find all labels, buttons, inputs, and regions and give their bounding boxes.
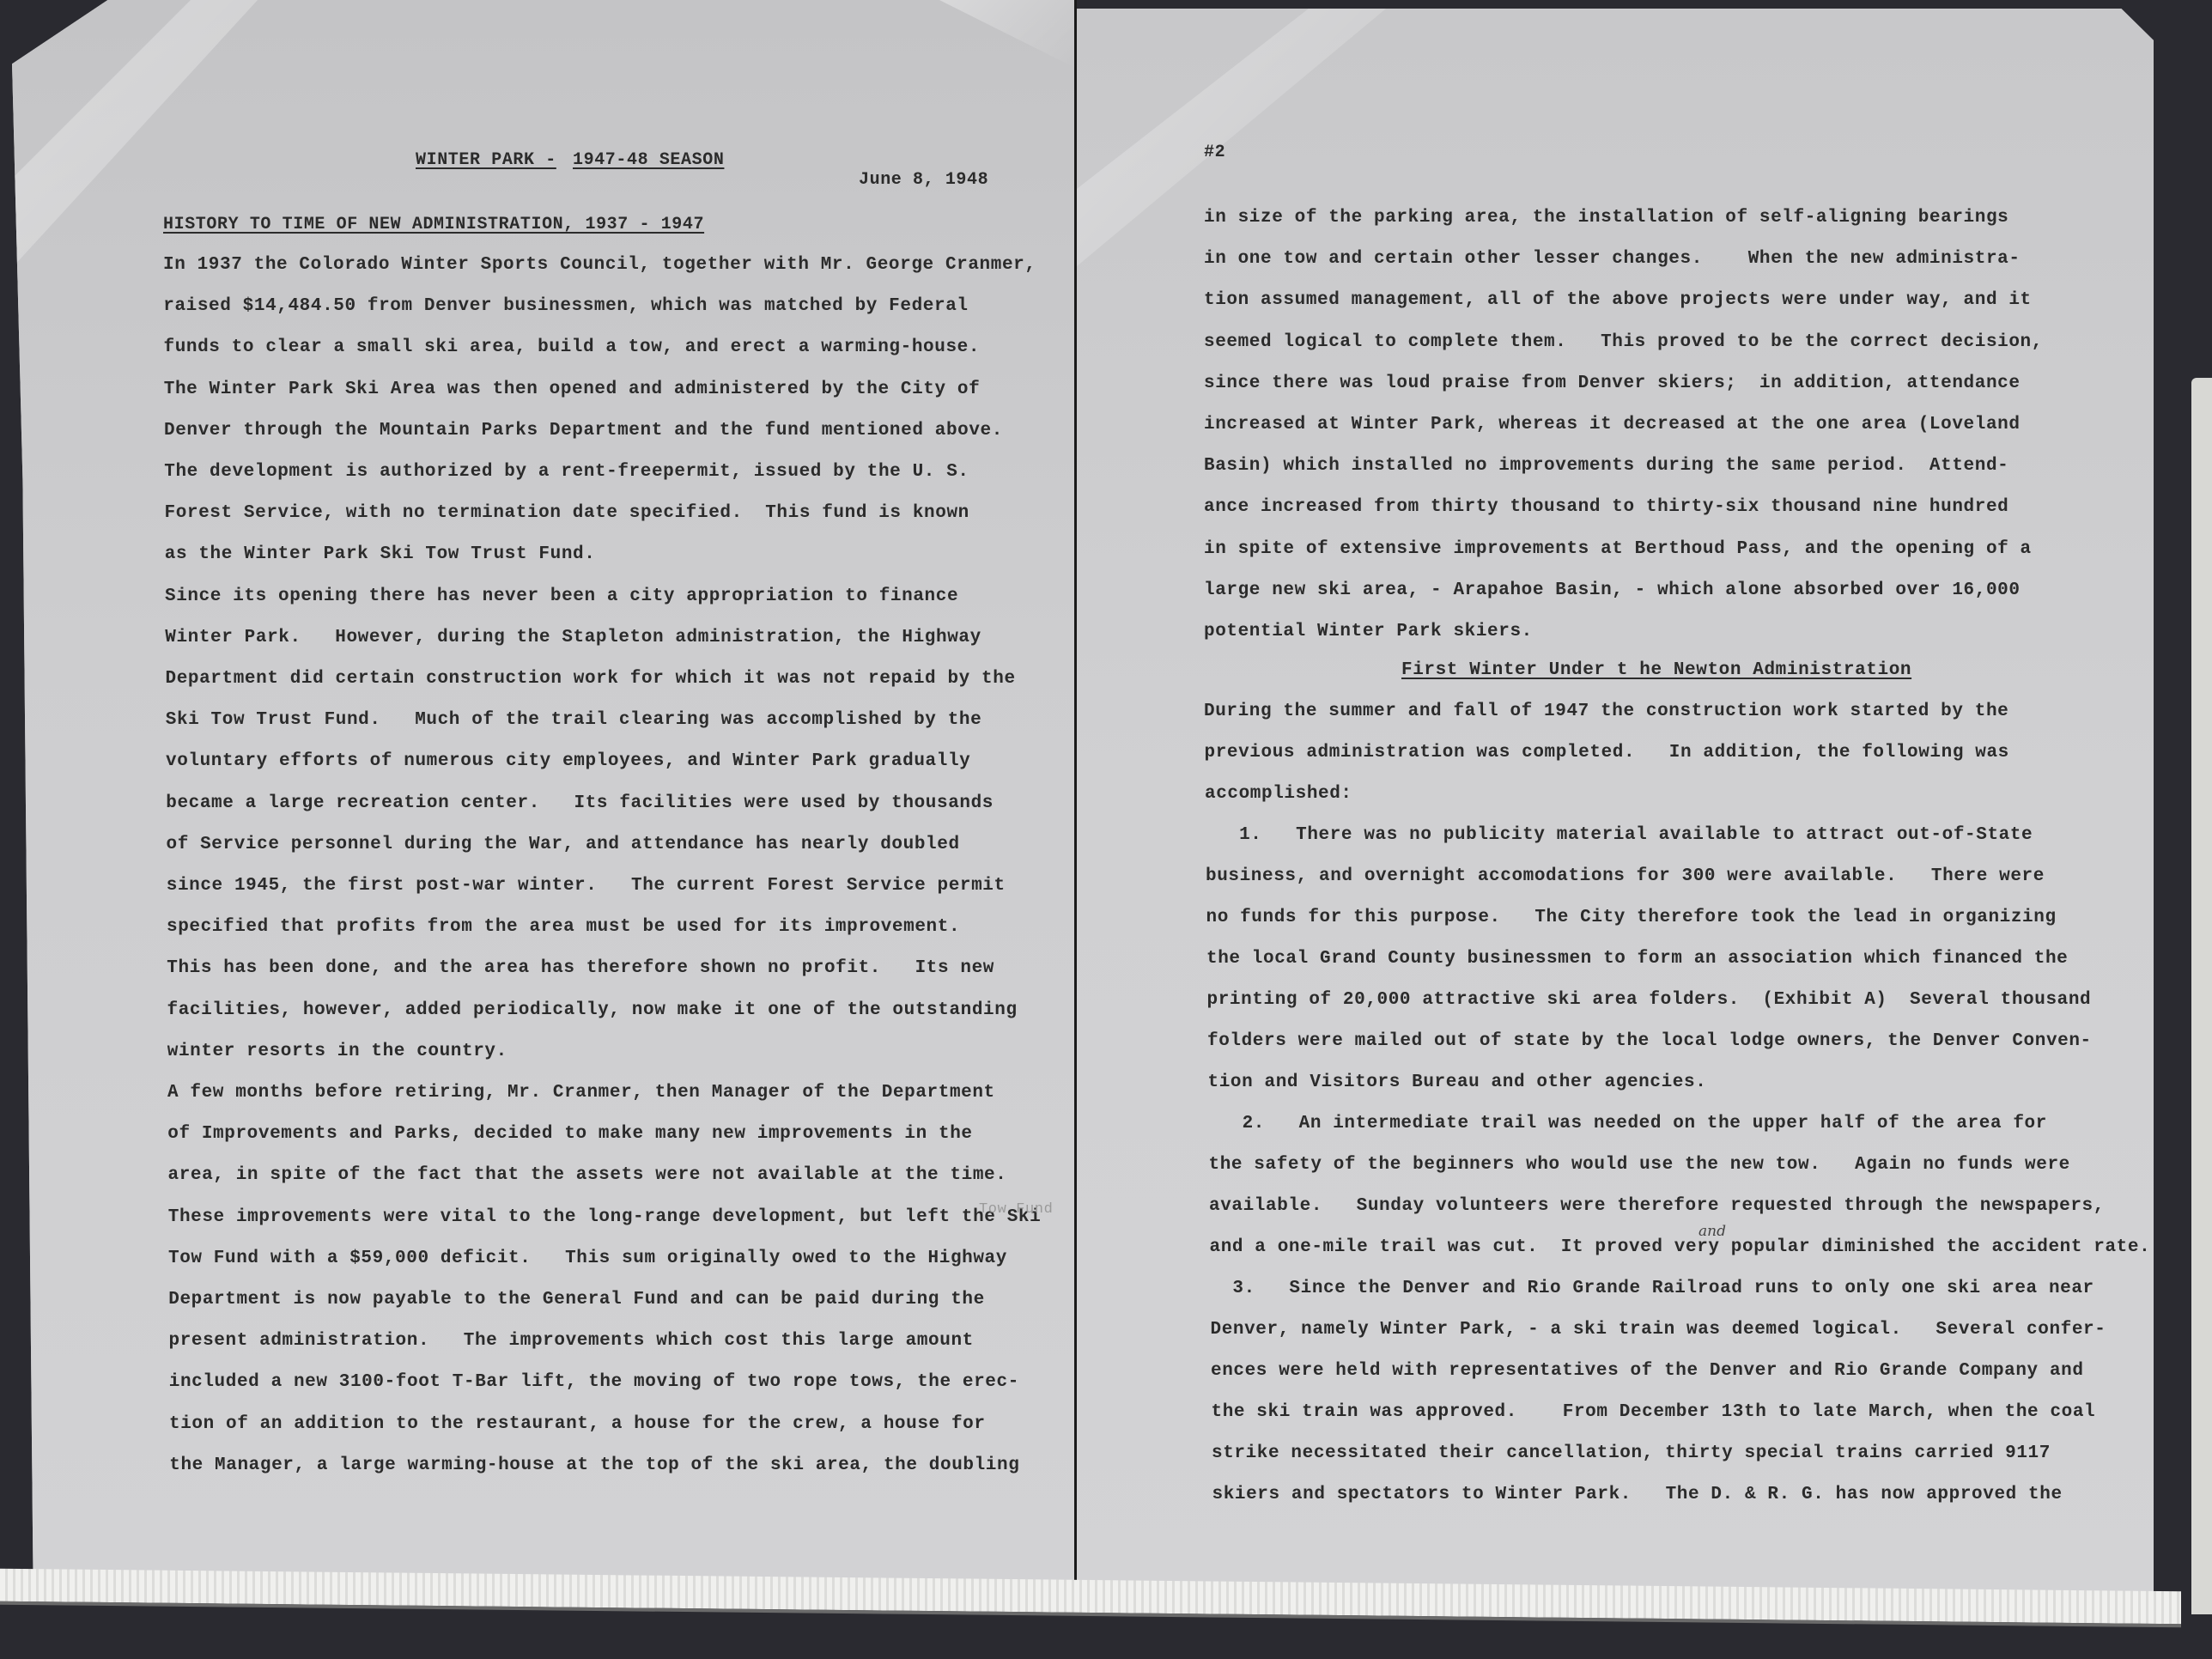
text-line: printing of 20,000 attractive ski area f… (1207, 991, 2092, 1009)
text-line: skiers and spectators to Winter Park. Th… (1212, 1486, 2063, 1504)
text-line: ance increased from thirty thousand to t… (1204, 498, 2008, 516)
text-line: area, in spite of the fact that the asse… (168, 1166, 1007, 1184)
adjacent-page-edge (2191, 378, 2212, 1614)
text-line: potential Winter Park skiers. (1204, 623, 1533, 641)
text-line: of Improvements and Parks, decided to ma… (167, 1125, 972, 1143)
text-line: 1. There was no publicity material avail… (1206, 826, 2033, 844)
document-season: 1947-48 SEASON (573, 152, 724, 169)
text-line: large new ski area, - Arapahoe Basin, - … (1204, 581, 2021, 599)
text-line: Ski Tow Trust Fund. Much of the trail cl… (166, 711, 982, 729)
text-line: and a one-mile trail was cut. It proved … (1210, 1238, 2151, 1256)
text-line: Winter Park. However, during the Staplet… (165, 629, 981, 647)
text-line: voluntary efforts of numerous city emplo… (166, 752, 970, 770)
text-line: The Winter Park Ski Area was then opened… (164, 380, 981, 398)
text-line: ences were held with representatives of … (1211, 1362, 2084, 1380)
text-line: accomplished: (1205, 785, 1352, 803)
text-line: the Manager, a large warming-house at th… (169, 1456, 1019, 1474)
text-line: became a large recreation center. Its fa… (166, 794, 994, 812)
text-line: funds to clear a small ski area, build a… (164, 338, 981, 356)
text-line: winter resorts in the country. (167, 1042, 507, 1060)
text-line: Department did certain construction work… (166, 670, 1016, 688)
text-line: since there was loud praise from Denver … (1204, 374, 2021, 392)
document-date: June 8, 1948 (859, 172, 988, 189)
text-line: raised $14,484.50 from Denver businessme… (163, 297, 968, 315)
text-line: strike necessitated their cancellation, … (1212, 1444, 2051, 1462)
text-line: previous administration was completed. I… (1205, 744, 2009, 762)
text-line: in spite of extensive improvements at Be… (1204, 540, 2032, 558)
page-divider (1074, 0, 1077, 1597)
text-line: Tow Fund with a $59,000 deficit. This su… (168, 1249, 1007, 1267)
page-number: #2 (1204, 144, 1225, 161)
text-line: since 1945, the first post-war winter. T… (167, 877, 1006, 895)
text-line: available. Sunday volunteers were theref… (1209, 1197, 2105, 1215)
text-line: in one tow and certain other lesser chan… (1204, 250, 2021, 268)
document-title: WINTER PARK - (416, 152, 556, 169)
text-line: 2. An intermediate trail was needed on t… (1208, 1115, 2047, 1133)
text-line: the local Grand County businessmen to fo… (1206, 950, 2068, 968)
paper-fold-crease (1077, 9, 1386, 266)
text-line: A few months before retiring, Mr. Cranme… (167, 1084, 995, 1102)
text-line: the safety of the beginners who would us… (1209, 1156, 2070, 1174)
text-line: folders were mailed out of state by the … (1207, 1032, 2092, 1050)
text-line: Since its opening there has never been a… (165, 587, 958, 605)
text-line: as the Winter Park Ski Tow Trust Fund. (165, 545, 596, 563)
text-line: Denver, namely Winter Park, - a ski trai… (1211, 1321, 2106, 1339)
text-line: increased at Winter Park, whereas it dec… (1204, 416, 2021, 434)
text-line: the ski train was approved. From Decembe… (1212, 1403, 2096, 1421)
text-line: During the summer and fall of 1947 the c… (1204, 702, 2008, 720)
strikeover-text: Tow Fund (979, 1202, 1053, 1217)
text-line: included a new 3100-foot T-Bar lift, the… (169, 1373, 1019, 1391)
text-line: business, and overnight accomodations fo… (1206, 867, 2045, 885)
section-heading-history: HISTORY TO TIME OF NEW ADMINISTRATION, 1… (163, 216, 704, 234)
paper-fold-corner (939, 0, 1077, 69)
text-line: of Service personnel during the War, and… (167, 836, 960, 854)
text-line: specified that profits from the area mus… (167, 918, 960, 936)
text-line: present administration. The improvements… (169, 1332, 974, 1350)
text-line: tion and Visitors Bureau and other agenc… (1208, 1073, 1707, 1091)
text-line: In 1937 the Colorado Winter Sports Counc… (163, 256, 1036, 274)
handwritten-insertion: and (1698, 1223, 1726, 1240)
text-line: Department is now payable to the General… (168, 1291, 985, 1309)
section-heading-newton: First Winter Under t he Newton Administr… (1401, 661, 1911, 679)
text-line: Basin) which installed no improvements d… (1204, 457, 2008, 475)
text-line: Denver through the Mountain Parks Depart… (164, 422, 1003, 440)
text-line: These improvements were vital to the lon… (168, 1208, 1042, 1226)
text-line: tion of an addition to the restaurant, a… (169, 1415, 986, 1433)
text-line: Forest Service, with no termination date… (165, 504, 969, 522)
text-line: facilities, however, added periodically,… (167, 1001, 1018, 1019)
text-line: This has been done, and the area has the… (167, 959, 994, 977)
text-line: 3. Since the Denver and Rio Grande Railr… (1210, 1279, 2094, 1297)
text-line: in size of the parking area, the install… (1204, 209, 2008, 227)
text-line: seemed logical to complete them. This pr… (1204, 333, 2043, 351)
text-line: no funds for this purpose. The City ther… (1206, 908, 2057, 927)
text-line: The development is authorized by a rent-… (164, 463, 969, 481)
text-line: tion assumed management, all of the abov… (1204, 291, 2032, 309)
